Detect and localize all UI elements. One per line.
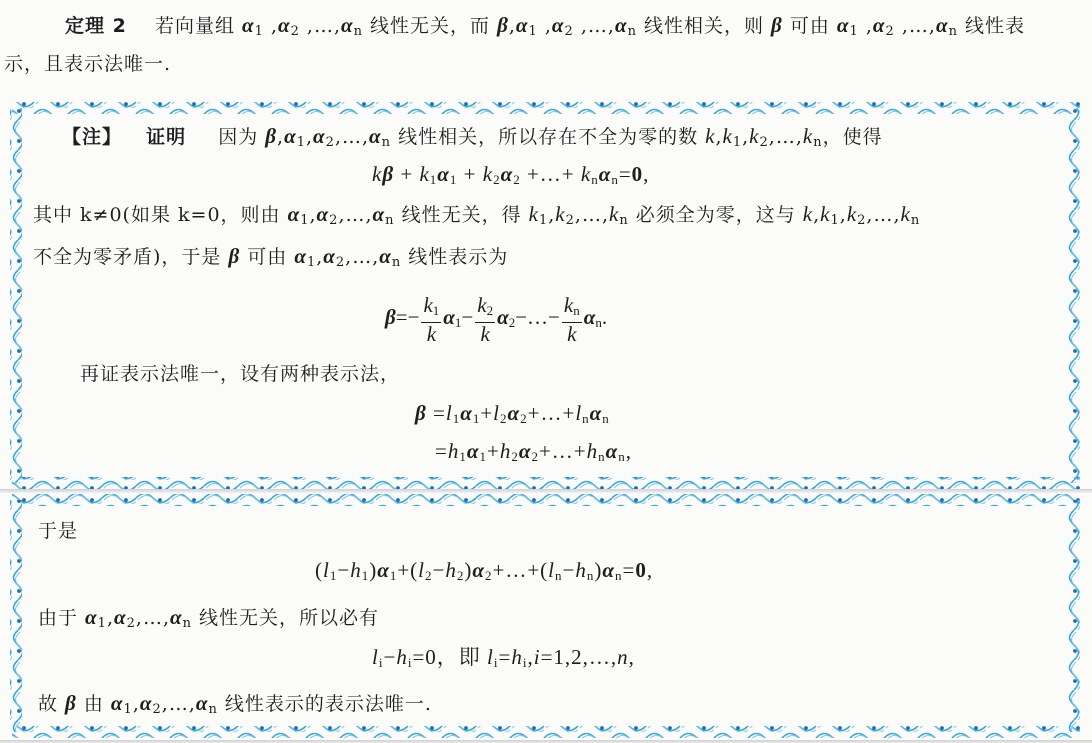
note-line-3: 其中 k≠0(如果 k=0，则由 α1,α2,…,αn 线性无关，得 k1,k2… bbox=[33, 203, 920, 232]
note-line-1: 【注】 证明 因为 β,α1,α2,…,αn 线性相关，所以存在不全为零的数 k… bbox=[62, 125, 883, 154]
box2-line-1: 于是 bbox=[38, 520, 78, 542]
note-label: 【注】 bbox=[62, 126, 122, 148]
equation-3-line-2: =h1α1+h2α2+…+hnαn, bbox=[435, 440, 632, 468]
proof-label: 证明 bbox=[146, 126, 186, 148]
equation-4: (l1−h1)α1+(l2−h2)α2+…+(ln−hn)αn=0, bbox=[315, 559, 653, 587]
equation-1: kβ + k1α1 + k2α2 +…+ knαn=0, bbox=[372, 163, 649, 191]
page-seam bbox=[0, 489, 1092, 493]
equation-3-line-1: β =l1α1+l2α2+…+lnαn bbox=[415, 402, 610, 430]
box2-line-3: 由于 α1,α2,…,αn 线性无关，所以必有 bbox=[38, 606, 379, 635]
equation-5: li−hi=0，即 li=hi,i=1,2,…,n, bbox=[372, 646, 635, 674]
note-line-4: 不全为零矛盾)，于是 β 可由 α1,α2,…,αn 线性表示为 bbox=[33, 245, 508, 274]
note-line-6: 再证表示法唯一，设有两种表示法， bbox=[80, 363, 400, 385]
theorem-text: 若向量组 α1 ,α2 ,…,αn 线性无关，而 β,α1 ,α2 ,…,αn … bbox=[155, 15, 1025, 37]
theorem-line-1: 定理 2 若向量组 α1 ,α2 ,…,αn 线性无关，而 β,α1 ,α2 ,… bbox=[65, 14, 1025, 43]
theorem-label: 定理 2 bbox=[65, 15, 127, 37]
theorem-line-2: 示，且表示法唯一. bbox=[4, 53, 171, 75]
equation-2: β=−k1kα1−k2kα2−…−knkαn. bbox=[385, 292, 607, 348]
box2-line-5: 故 β 由 α1,α2,…,αn 线性表示的表示法唯一. bbox=[38, 692, 432, 721]
